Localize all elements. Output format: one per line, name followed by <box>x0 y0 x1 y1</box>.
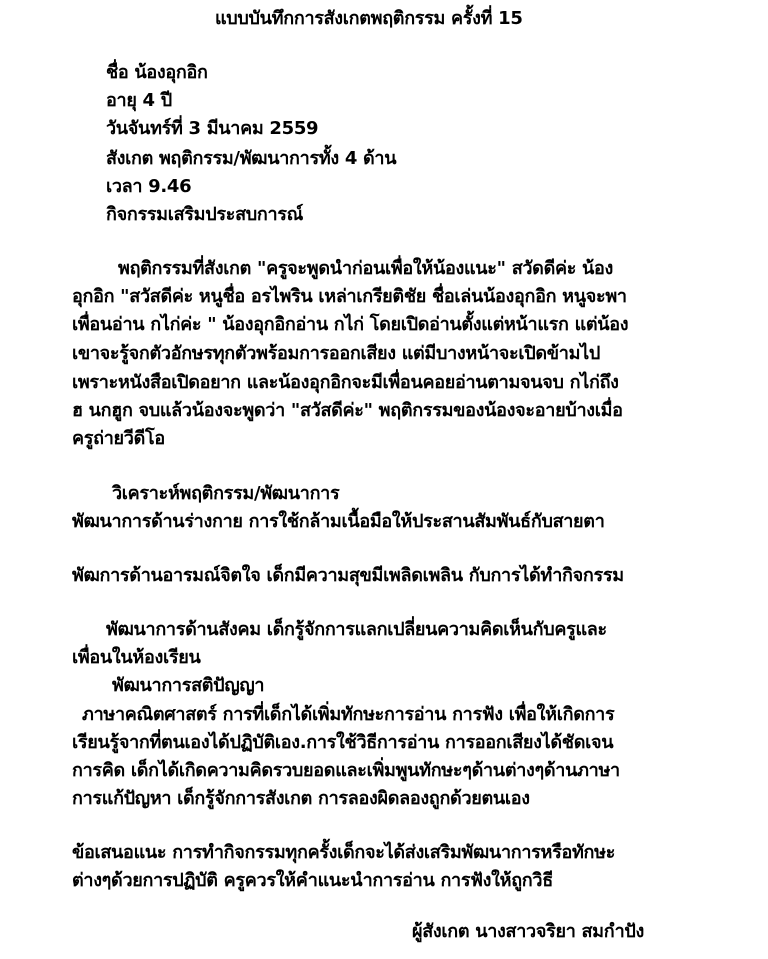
analysis-intellectual-line: การแก้ปัญหา เด็กรู้จักการสังเกต การลองผิ… <box>72 786 530 812</box>
behavior-line: เพื่อนอ่าน กไก่ค่ะ " น้องอุกอิกอ่าน กไก่… <box>72 312 628 338</box>
behavior-line: เพราะหนังสือเปิดอยาก และน้องอุกอิกจะมีเพ… <box>72 370 619 396</box>
document-title: แบบบันทึกการสังเกตพฤติกรรม ครั้งที่ 15 <box>215 6 523 32</box>
suggestion-line: ข้อเสนอแนะ การทำกิจกรรมทุกครั้งเด็กจะได้… <box>72 840 615 866</box>
analysis-emotional: พัฒการด้านอารมณ์จิตใจ เด็กมีความสุขมีเพล… <box>72 563 624 589</box>
document-page: แบบบันทึกการสังเกตพฤติกรรม ครั้งที่ 15 ช… <box>0 0 768 959</box>
behavior-line: เขาจะรู้จกตัวอักษรทุกตัวพร้อมการออกเสียง… <box>72 341 600 367</box>
analysis-physical: พัฒนาการด้านร่างกาย การใช้กล้ามเนื้อมือใ… <box>72 509 605 535</box>
suggestion-line: ต่างๆด้วยการปฏิบัติ ครูควรให้คำแนะนำการอ… <box>72 868 553 894</box>
observer-signature: ผู้สังเกต นางสาวจริยา สมกำปัง <box>412 919 644 945</box>
child-age: อายุ 4 ปี <box>106 88 172 114</box>
behavior-line: ฮ นกฮูก จบแล้วน้องจะพูดว่า "สวัสดีค่ะ" พ… <box>72 398 623 424</box>
analysis-intellectual-line: ภาษาคณิตศาสตร์ การที่เด็กได้เพิ่มทักษะกา… <box>82 702 614 728</box>
analysis-intellectual-heading: พัฒนาการสติปัญญา <box>112 673 264 699</box>
analysis-intellectual-line: การคิด เด็กได้เกิดความคิดรวบยอดและเพิ่มพ… <box>72 758 620 784</box>
child-name: ชื่อ น้องอุกอิก <box>106 60 208 86</box>
behavior-line: ครูถ่ายวีดีโอ <box>72 426 165 452</box>
observation-time: เวลา 9.46 <box>106 174 191 200</box>
behavior-line: อุกอิก "สวัสดีค่ะ หนูชื่อ อรไพริน เหล่าเ… <box>72 284 627 310</box>
observation-scope: สังเกต พฤติกรรม/พัฒนาการทั้ง 4 ด้าน <box>106 146 396 172</box>
analysis-social-line: เพื่อนในห้องเรียน <box>72 645 200 671</box>
behavior-line: พฤติกรรมที่สังเกต "ครูจะพูดนำก่อนเพื่อให… <box>118 256 613 282</box>
analysis-social-line: พัฒนาการด้านสังคม เด็กรู้จักการแลกเปลี่ย… <box>106 617 607 643</box>
analysis-intellectual-line: เรียนรู้จากที่ตนเองได้ปฏิบัติเอง.การใช้ว… <box>72 730 613 756</box>
analysis-heading: วิเคราะห์พฤติกรรม/พัฒนาการ <box>112 481 339 507</box>
observation-date: วันจันทร์ที่ 3 มีนาคม 2559 <box>106 116 318 142</box>
activity-type: กิจกรรมเสริมประสบการณ์ <box>106 202 303 228</box>
